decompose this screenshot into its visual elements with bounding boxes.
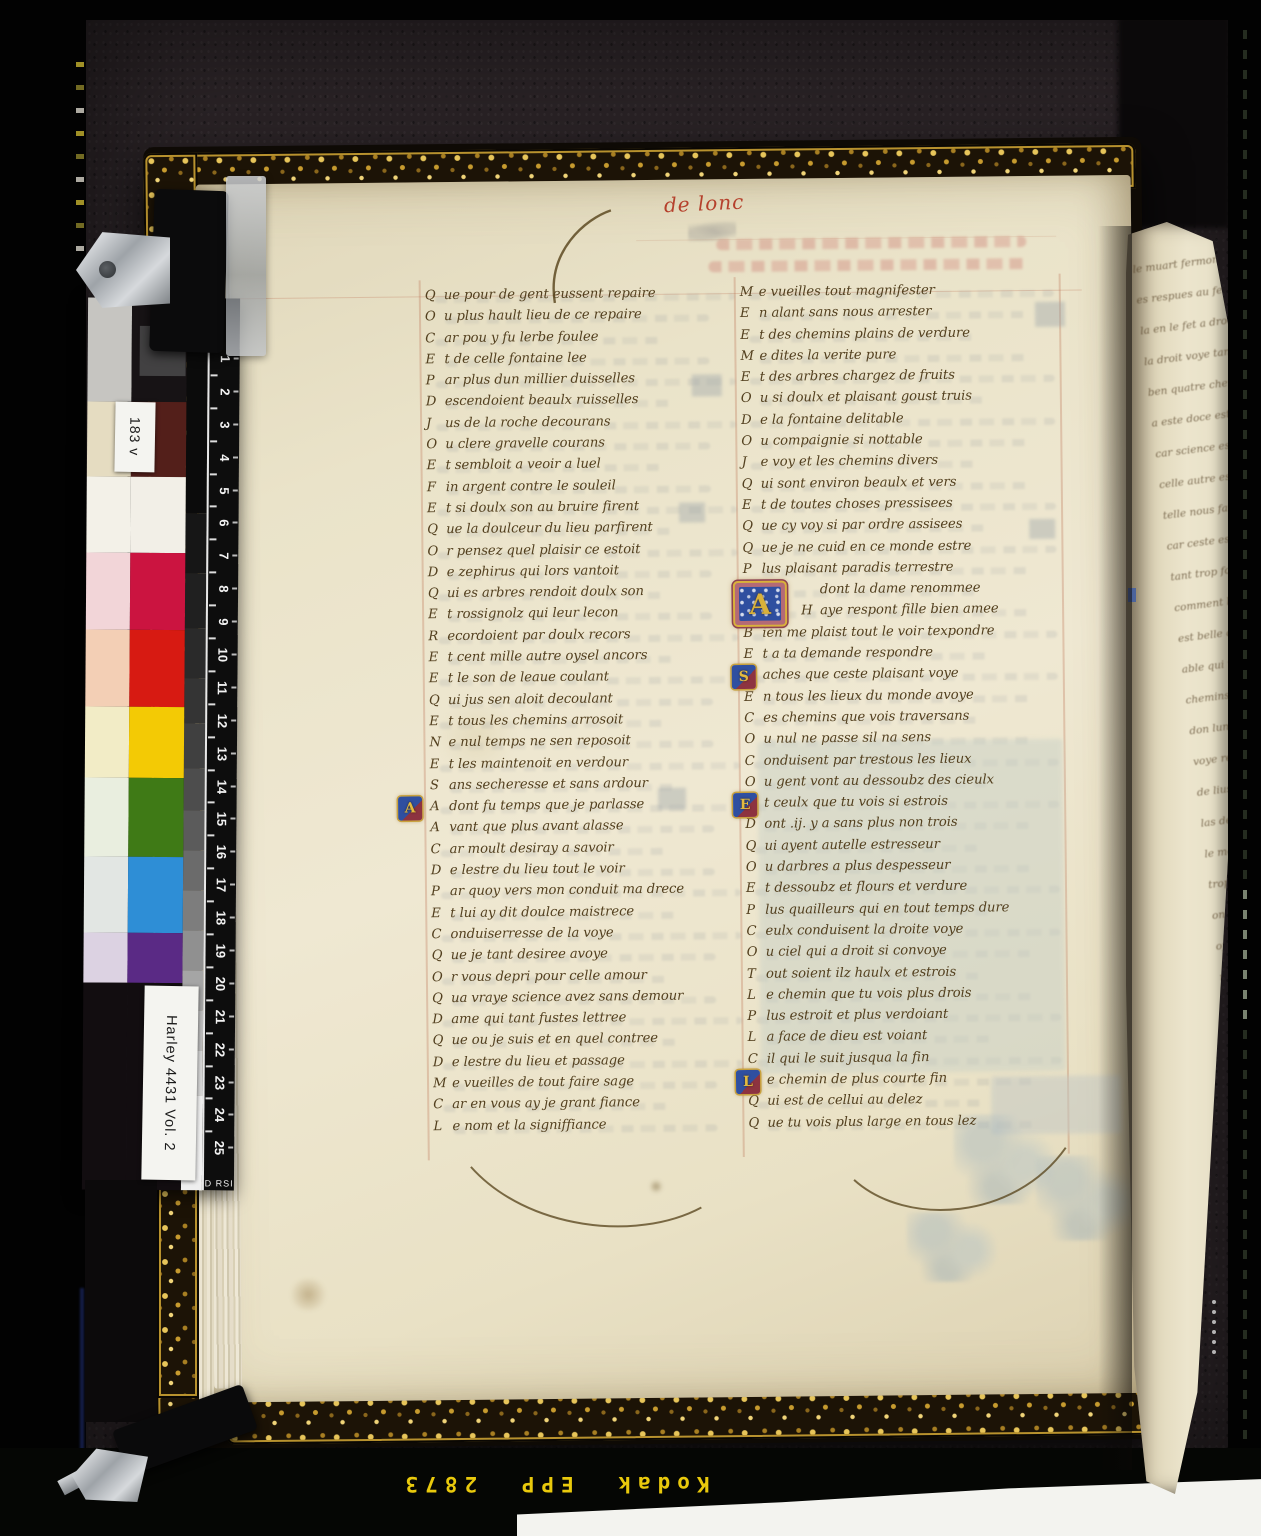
line-capital: Q — [748, 1115, 767, 1130]
film-dash-mark — [1243, 670, 1247, 679]
line-capital: C — [433, 1097, 452, 1112]
illuminated-initial-small: S — [732, 665, 756, 689]
grayscale-step — [184, 678, 206, 723]
ruler-number: 17 — [214, 878, 229, 893]
line-capital: Q — [748, 1094, 767, 1109]
color-patch-pale — [86, 476, 131, 552]
ruler-mark: 16 — [207, 836, 237, 869]
film-edge-left — [0, 0, 86, 1536]
line-capital: E — [428, 608, 447, 623]
showthrough-floral-border — [906, 1211, 997, 1282]
ruler-number: 14 — [214, 779, 229, 794]
film-dash-mark — [1243, 1190, 1247, 1199]
text-column-right: Me vueilles tout magnifesterEn alant san… — [740, 282, 1079, 1137]
line-capital: D — [431, 863, 450, 878]
line-capital: C — [746, 924, 765, 939]
ruler-number: 18 — [213, 911, 228, 926]
color-patch-saturated — [129, 778, 184, 857]
film-dash-mark — [1243, 970, 1247, 979]
ruler-mark: 18 — [206, 901, 236, 934]
line-capital: E — [740, 327, 759, 342]
grayscale-step — [182, 930, 204, 970]
line-capital: D — [426, 395, 445, 410]
film-dash-mark — [1243, 190, 1247, 199]
ruler-number: 10 — [215, 648, 230, 663]
film-dash-mark — [1243, 1050, 1247, 1059]
ruler-number: 19 — [213, 944, 228, 959]
running-title: de lonc — [663, 190, 745, 218]
line-capital: M — [740, 349, 759, 364]
grayscale-step — [183, 768, 205, 810]
line-capital: A — [430, 799, 449, 814]
film-dash-mark — [76, 85, 84, 90]
line-capital: P — [431, 884, 450, 899]
film-dash-mark — [76, 131, 84, 136]
film-dash-mark — [1243, 130, 1247, 139]
film-dash-mark — [1243, 850, 1247, 859]
color-patch-pale — [84, 856, 129, 932]
line-capital: Q — [427, 522, 446, 537]
film-dash-mark — [1243, 250, 1247, 259]
line-capital: E — [740, 306, 759, 321]
line-capital: E — [425, 352, 444, 367]
line-capital: C — [745, 753, 764, 768]
illuminated-initial-large: A — [733, 581, 787, 628]
ruler-mark: 3 — [210, 408, 240, 441]
film-dash-mark — [1243, 530, 1247, 539]
film-dash-mark — [1243, 1370, 1247, 1379]
ruler-mark: 4 — [209, 441, 239, 474]
illuminated-initial-small: E — [733, 793, 757, 817]
film-dash-mark — [1243, 1170, 1247, 1179]
ruler-mark: 13 — [207, 737, 237, 770]
line-capital: C — [431, 927, 450, 942]
line-capital: Q — [745, 839, 764, 854]
grayscale-step — [183, 810, 205, 850]
ruler-number: 1 — [217, 355, 232, 362]
ruler-mark: 19 — [206, 934, 236, 967]
line-capital: E — [428, 650, 447, 665]
color-patch-pale — [83, 932, 128, 982]
film-dash-mark — [1243, 710, 1247, 719]
line-capital: E — [429, 671, 448, 686]
line-capital: E — [742, 498, 761, 513]
gutter-shadow — [1098, 226, 1132, 1470]
film-dash-mark — [1243, 570, 1247, 579]
film-dash-mark — [1243, 110, 1247, 119]
color-patch-pale — [86, 552, 131, 629]
film-dash-mark — [1243, 470, 1247, 479]
line-capital: L — [433, 1119, 452, 1134]
ruler-mark: 17 — [206, 869, 236, 902]
line-capital: Q — [429, 693, 448, 708]
film-dash-mark — [1243, 50, 1247, 59]
grayscale-step — [184, 723, 206, 768]
line-capital: O — [746, 860, 765, 875]
line-capital: A — [430, 821, 449, 836]
initial-letter: A — [749, 587, 771, 620]
grayscale-step — [183, 850, 205, 890]
film-dash-mark — [1243, 770, 1247, 779]
film-dot-mark — [1212, 1340, 1216, 1344]
film-dash-mark — [1243, 30, 1247, 39]
film-dash-mark — [1243, 290, 1247, 299]
line-capital: Q — [742, 476, 761, 491]
color-patch-pale — [87, 297, 132, 401]
color-patch-saturated — [128, 933, 183, 983]
film-dash-mark — [76, 223, 84, 228]
folio-number-label: 183 v — [127, 417, 144, 457]
film-dash-mark — [1243, 410, 1247, 419]
film-dash-mark — [1243, 1110, 1247, 1119]
color-patch-saturated — [130, 553, 185, 630]
gilt-border-sliver — [157, 1186, 199, 1398]
line-capital: C — [431, 842, 450, 857]
ruler-number: 11 — [215, 681, 230, 695]
film-dash-mark — [1243, 1130, 1247, 1139]
film-dash-mark — [1243, 650, 1247, 659]
film-dash-mark — [76, 108, 84, 113]
line-capital: M — [433, 1076, 452, 1091]
film-dot-mark — [1212, 1300, 1216, 1304]
ruler-mark: 6 — [209, 507, 239, 540]
line-capital: H — [801, 604, 820, 619]
film-dash-mark — [1243, 750, 1247, 759]
verse-line: Que tu vois plus large en tous lez — [748, 1112, 1078, 1137]
calibration-bar-tail — [85, 1180, 157, 1422]
film-dash-mark — [1243, 990, 1247, 999]
film-dash-mark — [76, 200, 84, 205]
shelfmark-sticker: Harley 4431 Vol. 2 — [141, 986, 198, 1181]
film-brand-text: Kodak EPP 2873 — [366, 1462, 742, 1496]
film-dash-mark — [1243, 170, 1247, 179]
line-capital: Q — [432, 991, 451, 1006]
line-capital: L — [747, 988, 766, 1003]
film-dash-mark — [1243, 1010, 1247, 1019]
film-dash-mark — [1243, 370, 1247, 379]
line-capital: C — [748, 1051, 767, 1066]
film-dash-mark — [1243, 690, 1247, 699]
line-capital: E — [741, 370, 760, 385]
line-capital: Q — [432, 948, 451, 963]
illuminated-initial-small: L — [736, 1070, 760, 1094]
parchment-stain — [650, 1180, 662, 1193]
line-capital: O — [741, 391, 760, 406]
ruler-number: 9 — [216, 618, 231, 625]
ruler-mark: 10 — [208, 638, 238, 671]
film-dot-mark — [1212, 1320, 1216, 1324]
ruler-number: 7 — [216, 553, 231, 560]
film-dash-mark — [1243, 1030, 1247, 1039]
film-dash-mark — [1243, 510, 1247, 519]
ruler-number: 25 — [212, 1141, 227, 1156]
film-dash-mark — [1243, 430, 1247, 439]
ruler-number: 15 — [214, 812, 229, 827]
line-capital: P — [426, 373, 445, 388]
line-capital: R — [428, 629, 447, 644]
showthrough-rubric-line — [708, 258, 1026, 272]
film-dash-mark — [1243, 1390, 1247, 1399]
ruler-number: 4 — [217, 454, 232, 461]
film-dash-mark — [1243, 950, 1247, 959]
film-dash-mark — [1243, 610, 1247, 619]
film-dash-mark — [1243, 1090, 1247, 1099]
film-dash-mark — [1243, 1290, 1247, 1299]
line-capital: O — [745, 775, 764, 790]
line-capital: C — [425, 331, 444, 346]
ruler-mark: 5 — [209, 474, 239, 507]
film-dash-mark — [1243, 450, 1247, 459]
parchment-stain — [287, 1278, 329, 1310]
film-dash-mark — [1243, 590, 1247, 599]
film-dash-mark — [1243, 90, 1247, 99]
color-patch-pale — [82, 982, 128, 1189]
film-dash-mark — [1243, 230, 1247, 239]
ruler-footer-label: D RSI — [204, 1178, 234, 1188]
film-dot-mark — [1212, 1330, 1216, 1334]
shelfmark-label: Harley 4431 Vol. 2 — [161, 1015, 179, 1152]
ruler-number: 8 — [216, 585, 231, 592]
ruler-mark: 20 — [206, 967, 236, 1000]
line-capital: E — [430, 757, 449, 772]
film-dash-mark — [76, 246, 84, 251]
color-patch-pale — [85, 629, 130, 706]
ruler-mark: 11 — [208, 671, 238, 704]
line-capital: B — [743, 626, 762, 641]
ruler-number: 3 — [217, 421, 232, 428]
film-light-leak — [80, 1288, 84, 1466]
line-capital: T — [747, 966, 766, 981]
line-capital: E — [431, 906, 450, 921]
color-patch-pale — [84, 777, 129, 856]
film-dash-mark — [1243, 70, 1247, 79]
film-dash-mark — [1243, 1350, 1247, 1359]
ruler-number: 5 — [216, 487, 231, 494]
line-capital: L — [747, 1030, 766, 1045]
film-dash-mark — [1243, 1410, 1247, 1419]
line-capital: S — [430, 778, 449, 793]
line-capital: D — [428, 565, 447, 580]
page-clip-bar-top — [226, 176, 266, 356]
manuscript-book: de lonc Que pour de gent eussent repaire… — [143, 137, 1155, 1449]
film-dash-mark — [1243, 730, 1247, 739]
film-dash-mark — [1243, 350, 1247, 359]
line-capital: Q — [425, 288, 444, 303]
grayscale-step — [185, 513, 207, 573]
line-capital: J — [426, 416, 445, 431]
line-capital: M — [740, 285, 759, 300]
verse-line: Le nom et la signiffiance — [433, 1115, 763, 1140]
line-capital: E — [429, 714, 448, 729]
ruler-mark: 15 — [207, 803, 237, 836]
line-capital: E — [746, 881, 765, 896]
film-dash-mark — [1243, 630, 1247, 639]
film-dot-mark — [1212, 1350, 1216, 1354]
film-dash-mark — [1243, 1310, 1247, 1319]
film-dash-mark — [1243, 1210, 1247, 1219]
film-dash-mark — [1243, 830, 1247, 839]
ruler-number: 21 — [213, 1009, 228, 1024]
ruler-mark: 14 — [207, 770, 237, 803]
ruler-number: 22 — [213, 1042, 228, 1057]
line-capital: N — [429, 735, 448, 750]
color-patch-pale — [85, 706, 130, 777]
film-dash-mark — [1243, 1070, 1247, 1079]
line-capital: J — [741, 455, 760, 470]
line-capital: O — [426, 437, 445, 452]
line-capital: Q — [433, 1033, 452, 1048]
photographic-film-scan: de lonc Que pour de gent eussent repaire… — [0, 0, 1261, 1536]
film-dash-mark — [1243, 270, 1247, 279]
ruler-mark: 22 — [205, 1033, 235, 1066]
ruler-number: 16 — [214, 845, 229, 860]
grayscale-step — [184, 573, 206, 628]
line-capital: P — [743, 562, 762, 577]
line-capital: D — [741, 413, 760, 428]
line-capital: P — [747, 1009, 766, 1024]
film-dash-mark — [1243, 1270, 1247, 1279]
film-dot-mark — [1212, 1310, 1216, 1314]
line-capital: Q — [742, 540, 761, 555]
film-dash-mark — [1243, 310, 1247, 319]
film-dash-mark — [1243, 870, 1247, 879]
line-capital: O — [432, 970, 451, 985]
film-dash-mark — [76, 154, 84, 159]
film-dash-mark — [76, 62, 84, 67]
ruler-mark: 2 — [210, 375, 240, 408]
film-dash-mark — [1243, 890, 1247, 899]
ruler-number: 20 — [213, 976, 228, 991]
ruler-mark: 21 — [205, 1000, 235, 1033]
film-dash-mark — [1243, 1430, 1247, 1439]
film-dash-mark — [1243, 1230, 1247, 1239]
line-capital: E — [427, 501, 446, 516]
grayscale-step — [184, 628, 206, 678]
film-dash-mark — [1243, 490, 1247, 499]
ruler-mark: 8 — [208, 573, 238, 606]
line-capital: O — [425, 309, 444, 324]
ruler-number: 2 — [217, 388, 232, 395]
line-capital: O — [747, 945, 766, 960]
film-dash-mark — [1243, 790, 1247, 799]
line-capital: D — [745, 817, 764, 832]
ruler-number: 24 — [212, 1108, 227, 1123]
ruler-mark: 23 — [205, 1066, 235, 1099]
ruler-mark: 25 — [204, 1132, 234, 1165]
line-capital: F — [427, 480, 446, 495]
grayscale-step — [182, 890, 204, 930]
ruler-number: 12 — [215, 713, 230, 728]
film-dash-mark — [1243, 210, 1247, 219]
line-capital: D — [433, 1055, 452, 1070]
illuminated-initial-small: A — [398, 797, 422, 821]
ruler-mark: 7 — [209, 540, 239, 573]
photographic-ruler: D RSI 1234567891011121314151617181920212… — [202, 298, 240, 1190]
film-dash-mark — [1243, 390, 1247, 399]
folio-number-sticker: 183 v — [114, 402, 155, 473]
ruler-mark: 9 — [208, 605, 238, 638]
line-capital: E — [744, 689, 763, 704]
color-patch-saturated — [131, 477, 186, 553]
film-dash-mark — [1243, 1250, 1247, 1259]
text-column-left: Que pour de gent eussent repaireOu plus … — [425, 285, 764, 1140]
film-dash-mark — [1243, 330, 1247, 339]
ruler-number: 6 — [216, 520, 231, 527]
film-dash-mark — [1243, 810, 1247, 819]
line-capital: Q — [742, 519, 761, 534]
ruler-number: 23 — [212, 1075, 227, 1090]
film-dash-mark — [1243, 1330, 1247, 1339]
film-dash-mark — [1243, 910, 1247, 919]
line-capital: E — [743, 647, 762, 662]
line-capital: Q — [428, 586, 447, 601]
line-capital: O — [427, 544, 446, 559]
leaf-edge-sliver — [199, 1182, 214, 1404]
color-patch-saturated — [130, 630, 185, 707]
ruler-mark: 24 — [205, 1099, 235, 1132]
line-capital: C — [744, 711, 763, 726]
line-capital: O — [744, 732, 763, 747]
line-capital: O — [741, 434, 760, 449]
color-patch-saturated — [128, 857, 183, 933]
film-dash-mark — [1243, 1150, 1247, 1159]
line-capital: P — [746, 902, 765, 917]
ruler-mark: 12 — [207, 704, 237, 737]
film-dash-mark — [76, 177, 84, 182]
color-patch-saturated — [129, 707, 184, 778]
line-capital: E — [426, 458, 445, 473]
ruler-number: 13 — [215, 746, 230, 761]
film-dash-mark — [1243, 550, 1247, 559]
film-edge-top — [0, 0, 1261, 20]
manuscript-page-verso: de lonc Que pour de gent eussent repaire… — [196, 175, 1144, 1403]
film-dash-mark — [1243, 150, 1247, 159]
line-capital: D — [432, 1012, 451, 1027]
film-dash-mark — [1243, 930, 1247, 939]
